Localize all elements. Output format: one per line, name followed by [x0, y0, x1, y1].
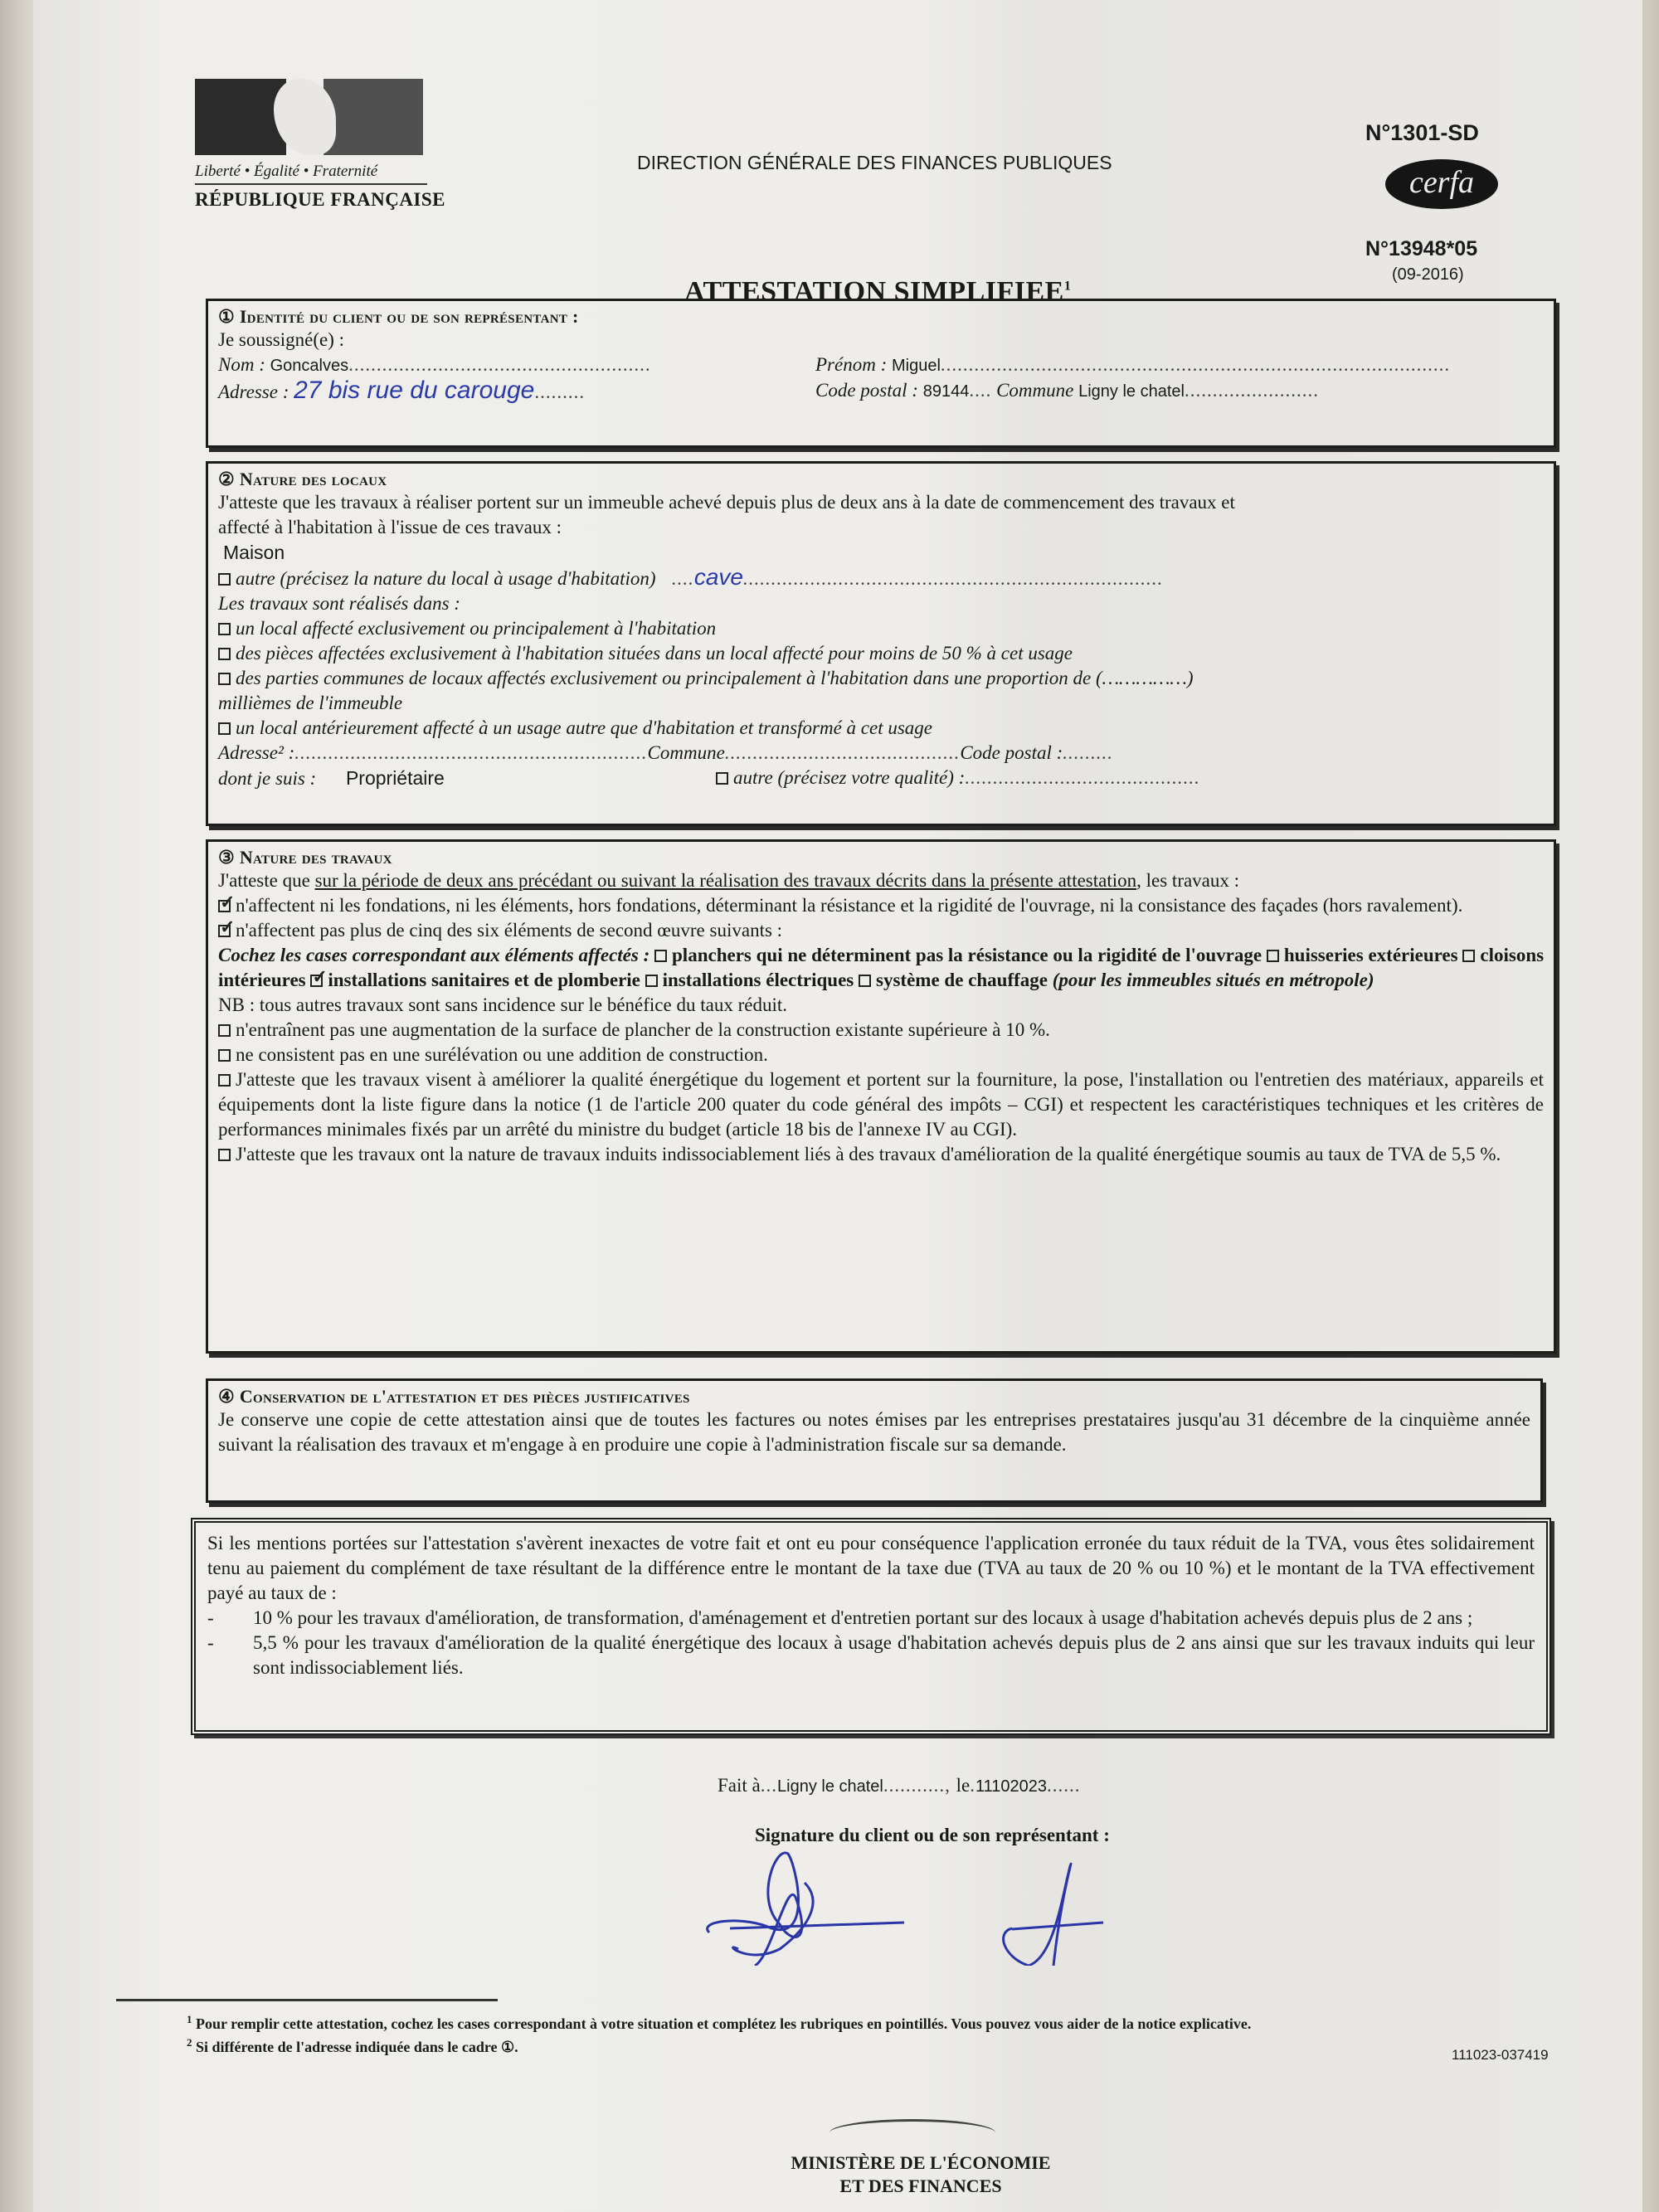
fait-a-line: Fait à...Ligny le chatel..........., le.… — [718, 1775, 1081, 1796]
adresse2-label: Adresse² : — [218, 742, 294, 763]
commune-field[interactable]: Ligny le chatel — [1078, 382, 1185, 401]
option-checkbox-0[interactable] — [218, 623, 231, 635]
item6-label: J'atteste que les travaux ont la nature … — [236, 1144, 1501, 1164]
date-field[interactable]: 11102023 — [975, 1777, 1047, 1796]
element-label-5: système de chauffage — [876, 970, 1048, 990]
element-label-3: installations sanitaires et de plomberie — [328, 970, 640, 990]
section4-body: Je conserve une copie de cette attestati… — [218, 1407, 1530, 1457]
prenom-label: Prénom : — [815, 354, 887, 375]
signature-drawing[interactable] — [697, 1850, 1128, 1966]
option-label-1: des pièces affectées exclusivement à l'h… — [236, 643, 1073, 664]
element-label-4: installations électriques — [663, 970, 854, 990]
item1-label: n'affectent ni les fondations, ni les él… — [236, 895, 1462, 916]
section-identite: ① Identité du client ou de son représent… — [206, 299, 1556, 448]
autre-qualite-checkbox[interactable] — [716, 772, 728, 785]
realises-label: Les travaux sont réalisés dans : — [218, 591, 1544, 616]
adresse-field[interactable]: 27 bis rue du carouge — [294, 377, 534, 404]
section4-heading: ④ Conservation de l'attestation et des p… — [218, 1386, 1530, 1407]
milliemes-label: millièmes de l'immeuble — [218, 691, 1544, 716]
directorate-title: DIRECTION GÉNÉRALE DES FINANCES PUBLIQUE… — [637, 152, 1112, 174]
cerfa-date: (09-2016) — [1392, 265, 1464, 284]
cerfa-number: N°13948*05 — [1365, 237, 1477, 261]
code-postal2-field[interactable]: ......... — [1063, 742, 1113, 763]
footnote-rule — [116, 1999, 498, 2001]
section2-heading: ② Nature des locaux — [218, 469, 1544, 490]
option-label-2: des parties communes de locaux affectés … — [236, 668, 1194, 688]
section2-intro-2: affecté à l'habitation à l'issue de ces … — [218, 515, 1544, 540]
republic-name: RÉPUBLIQUE FRANÇAISE — [195, 189, 445, 211]
cerfa-logo: cerfa — [1385, 159, 1498, 209]
option-label-3: un local antérieurement affecté à un usa… — [236, 717, 932, 738]
element-checkbox-0[interactable] — [654, 950, 667, 962]
item3-label: n'entraînent pas une augmentation de la … — [236, 1019, 1050, 1040]
notice-bullet-0: 10 % pour les travaux d'amélioration, de… — [207, 1606, 1535, 1631]
option-checkbox-3[interactable] — [218, 722, 231, 735]
commune2-field[interactable]: ........................................… — [725, 742, 961, 763]
nb-note: NB : tous autres travaux sont sans incid… — [218, 993, 1544, 1018]
chauffage-note: (pour les immeubles situés en métropole) — [1053, 970, 1374, 990]
section2-intro-1: J'atteste que les travaux à réaliser por… — [218, 490, 1544, 515]
section3-intro: J'atteste que sur la période de deux ans… — [218, 868, 1544, 893]
notice-bullet-1: 5,5 % pour les travaux d'amélioration de… — [207, 1631, 1535, 1680]
option-checkbox-2[interactable] — [218, 673, 231, 685]
nom-field[interactable]: Goncalves — [270, 357, 349, 375]
element-label-0: planchers qui ne déterminent pas la rési… — [672, 945, 1262, 965]
form-number: N°1301-SD — [1365, 120, 1479, 146]
section-nature-travaux: ③ Nature des travaux J'atteste que sur l… — [206, 839, 1556, 1354]
ministry-name: MINISTÈRE DE L'ÉCONOMIE ET DES FINANCES — [784, 2151, 1058, 2198]
option-label-0: un local affecté exclusivement ou princi… — [236, 618, 716, 639]
element-label-1: huisseries extérieures — [1284, 945, 1458, 965]
item2-checkbox[interactable] — [218, 925, 231, 937]
item4-label: ne consistent pas en une surélévation ou… — [236, 1044, 768, 1065]
cochez-label: Cochez les cases correspondant aux éléme… — [218, 945, 649, 965]
commune2-label: Commune — [648, 742, 725, 763]
autre-local-field[interactable]: cave — [694, 564, 743, 590]
prenom-field[interactable]: Miguel — [892, 357, 941, 375]
dont-label: dont je suis : — [218, 768, 316, 789]
code-postal-field[interactable]: 89144 — [923, 382, 970, 401]
ministry-logo-arc — [829, 2119, 995, 2146]
section1-intro: Je soussigné(e) : — [218, 328, 1544, 352]
item1-checkbox[interactable] — [218, 900, 231, 912]
code-postal-label: Code postal : — [815, 380, 918, 401]
autre-local-checkbox[interactable] — [218, 573, 231, 586]
notice-body: Si les mentions portées sur l'attestatio… — [207, 1531, 1535, 1606]
element-checkbox-2[interactable] — [1462, 950, 1475, 962]
section-conservation: ④ Conservation de l'attestation et des p… — [206, 1378, 1543, 1503]
form-page: Liberté • Égalité • Fraternité RÉPUBLIQU… — [33, 0, 1642, 2212]
footnote-2: 2 Si différente de l'adresse indiquée da… — [187, 2036, 518, 2056]
marianne-logo — [195, 79, 423, 158]
option-checkbox-1[interactable] — [218, 648, 231, 660]
item6-checkbox[interactable] — [218, 1149, 231, 1161]
adresse2-field[interactable]: ........................................… — [294, 742, 647, 763]
commune-label: Commune — [996, 380, 1073, 401]
element-checkbox-1[interactable] — [1267, 950, 1279, 962]
item5-label: J'atteste que les travaux visent à améli… — [218, 1069, 1544, 1140]
local-type-field[interactable]: Maison — [218, 540, 1544, 565]
item3-checkbox[interactable] — [218, 1024, 231, 1037]
reference-number: 111023-037419 — [1452, 2047, 1549, 2064]
adresse-label: Adresse : — [218, 382, 289, 402]
element-checkbox-4[interactable] — [645, 975, 658, 987]
item4-checkbox[interactable] — [218, 1049, 231, 1062]
signature-label: Signature du client ou de son représenta… — [755, 1825, 1110, 1846]
section3-heading: ③ Nature des travaux — [218, 847, 1544, 868]
section1-heading: ① Identité du client ou de son représent… — [218, 306, 1544, 328]
republic-motto: Liberté • Égalité • Fraternité — [195, 163, 427, 185]
qualite-field[interactable]: Propriétaire — [346, 767, 445, 789]
section-nature-locaux: ② Nature des locaux J'atteste que les tr… — [206, 461, 1556, 826]
fait-a-field[interactable]: Ligny le chatel — [777, 1777, 883, 1796]
tva-notice: Si les mentions portées sur l'attestatio… — [191, 1518, 1551, 1735]
item5-checkbox[interactable] — [218, 1074, 231, 1087]
autre-local-label: autre (précisez la nature du local à usa… — [236, 568, 656, 589]
autre-qualite-label: autre (précisez votre qualité) : — [733, 767, 965, 788]
footnote-1: 1 Pour remplir cette attestation, cochez… — [187, 2013, 1251, 2033]
nom-label: Nom : — [218, 354, 265, 375]
element-checkbox-5[interactable] — [859, 975, 871, 987]
item2-label: n'affectent pas plus de cinq des six élé… — [236, 920, 782, 941]
element-checkbox-3[interactable] — [310, 975, 323, 987]
code-postal2-label: Code postal : — [960, 742, 1063, 763]
